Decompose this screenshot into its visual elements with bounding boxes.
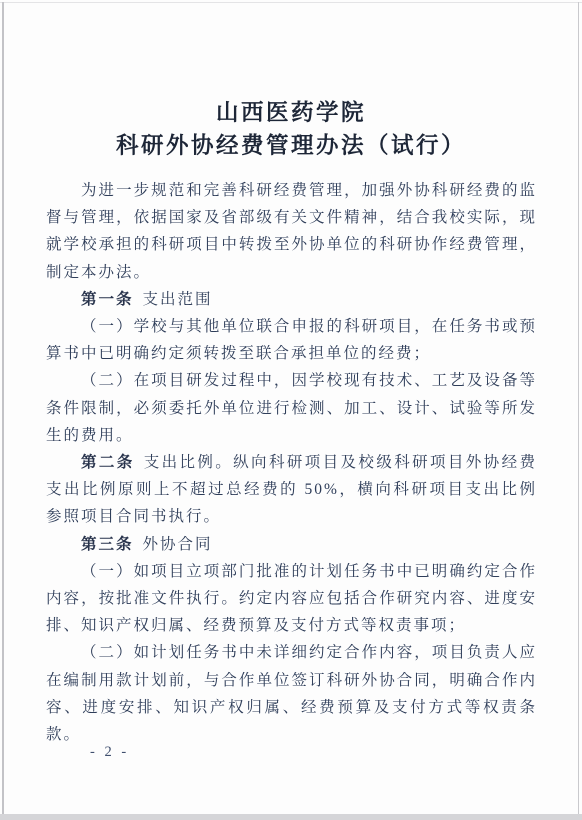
scan-edge-bottom: [0, 814, 582, 820]
paragraph-7: （一）如项目立项部门批准的计划任务书中已明确约定合作内容，按批准文件执行。约定内…: [46, 558, 537, 640]
title-line-2: 科研外协经费管理办法（试行）: [0, 129, 582, 162]
paragraph-text: （一）学校与其他单位联合申报的科研项目，在任务书或预算书中已明确约定须转拨至联合…: [46, 318, 537, 362]
paragraph-text: （二）如计划任务书中未详细约定合作内容，项目负责人应在编制用款计划前，与合作单位…: [46, 644, 537, 743]
scan-edge-top: [0, 2, 582, 3]
paragraph-8: （二）如计划任务书中未详细约定合作内容，项目负责人应在编制用款计划前，与合作单位…: [46, 639, 537, 748]
article-number: 第二条: [81, 454, 135, 471]
paragraph-text: （一）如项目立项部门批准的计划任务书中已明确约定合作内容，按批准文件执行。约定内…: [46, 563, 537, 634]
paragraph-2: 第一条支出范围: [46, 286, 537, 313]
paragraph-1: 为进一步规范和完善科研经费管理，加强外协科研经费的监督与管理，依据国家及省部级有…: [46, 177, 537, 286]
article-number: 第三条: [81, 536, 134, 553]
page-number: - 2 -: [90, 744, 129, 761]
paragraph-3: （一）学校与其他单位联合申报的科研项目，在任务书或预算书中已明确约定须转拨至联合…: [46, 313, 537, 367]
paragraph-text: 为进一步规范和完善科研经费管理，加强外协科研经费的监督与管理，依据国家及省部级有…: [46, 182, 537, 281]
article-number: 第一条: [81, 291, 134, 308]
title-line-1: 山西医药学院: [0, 96, 582, 129]
paragraph-5: 第二条支出比例。纵向科研项目及校级科研项目外协经费支出比例原则上不超过总经费的 …: [46, 449, 537, 531]
paragraph-text: （二）在项目研发过程中，因学校现有技术、工艺及设备等条件限制，必须委托外单位进行…: [46, 372, 537, 443]
paragraph-text: 外协合同: [143, 536, 213, 553]
paragraph-6: 第三条外协合同: [46, 531, 537, 558]
document-body: 为进一步规范和完善科研经费管理，加强外协科研经费的监督与管理，依据国家及省部级有…: [46, 177, 537, 748]
paragraph-text: 支出范围: [143, 291, 213, 308]
document-title: 山西医药学院 科研外协经费管理办法（试行）: [0, 96, 582, 162]
scanned-document-page: 山西医药学院 科研外协经费管理办法（试行） 为进一步规范和完善科研经费管理，加强…: [0, 0, 582, 820]
paragraph-4: （二）在项目研发过程中，因学校现有技术、工艺及设备等条件限制，必须委托外单位进行…: [46, 367, 537, 449]
